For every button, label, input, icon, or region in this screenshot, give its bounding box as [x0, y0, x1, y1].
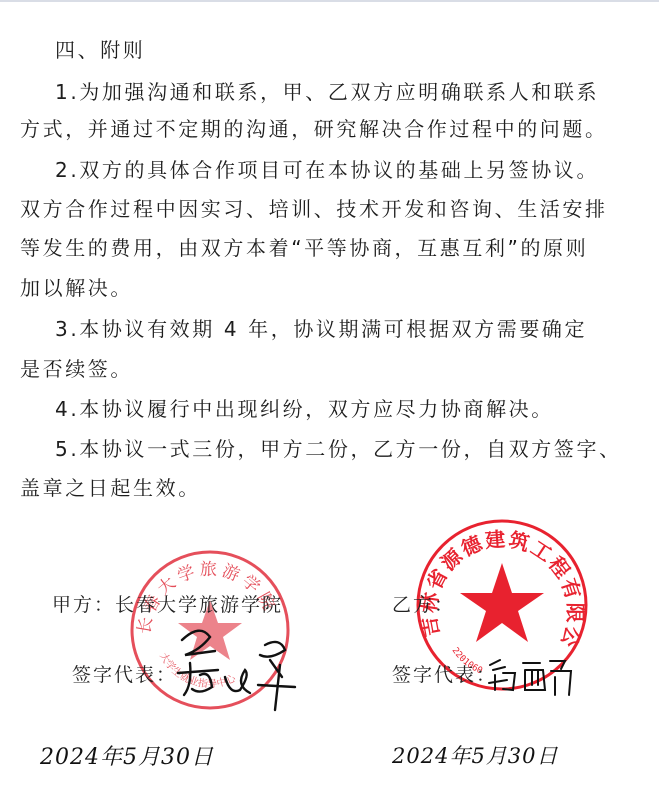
- clause-line: 5.本协议一式三份，甲方二份，乙方一份，自双方签字、: [55, 433, 622, 462]
- clause-line: 4.本协议履行中出现纠纷，双方应尽力协商解决。: [55, 393, 554, 422]
- party-b-date: 2024年5月30日: [392, 740, 559, 770]
- party-a-date: 2024年5月30日: [40, 740, 214, 771]
- party-b-sign-label: 签字代表：: [392, 660, 497, 687]
- section-heading: 四、附则: [55, 34, 145, 63]
- clause-line: 等发生的费用，由双方本着“平等协商，互惠互利”的原则: [20, 232, 588, 261]
- clause-line: 双方合作过程中因实习、培训、技术开发和咨询、生活安排: [20, 193, 608, 222]
- clause-line: 1.为加强沟通和联系，甲、乙双方应明确联系人和联系: [55, 76, 599, 105]
- clause-line: 2.双方的具体合作项目可在本协议的基础上另签协议。: [55, 154, 599, 183]
- document-page: 四、附则 1.为加强沟通和联系，甲、乙双方应明确联系人和联系 方式，并通过不定期…: [0, 0, 659, 800]
- party-a-sign-label: 签字代表：: [72, 660, 177, 687]
- clause-line: 加以解决。: [20, 272, 133, 301]
- clause-line: 3.本协议有效期 4 年，协议期满可根据双方需要确定: [55, 313, 587, 342]
- party-a-label: 甲方：长春大学旅游学院: [52, 590, 283, 617]
- clause-line: 是否续签。: [20, 353, 133, 382]
- party-b-label: 乙方：: [392, 590, 455, 617]
- clause-line: 方式，并通过不定期的沟通，研究解决合作过程中的问题。: [20, 113, 608, 142]
- clause-line: 盖章之日起生效。: [20, 472, 201, 501]
- party-b-signature-icon: [485, 655, 575, 700]
- party-a-signature-icon: [170, 615, 300, 715]
